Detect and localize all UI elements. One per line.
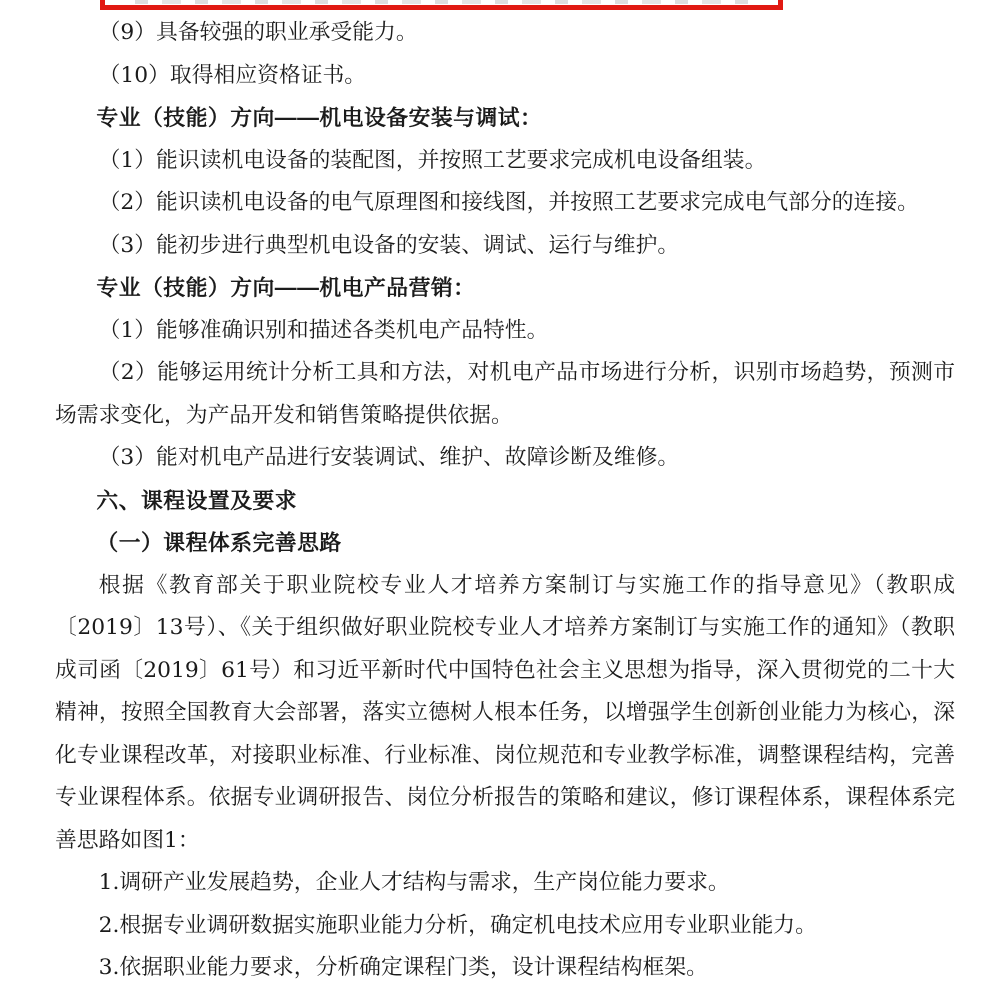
paragraph-install-3: （3）能初步进行典型机电设备的安装、调试、运行与维护。 bbox=[55, 225, 955, 268]
heading-skill-direction-marketing: 专业（技能）方向——机电产品营销： bbox=[55, 267, 955, 310]
heading-subsection-one: （一）课程体系完善思路 bbox=[55, 522, 955, 565]
paragraph-curriculum-basis: 根据《教育部关于职业院校专业人才培养方案制订与实施工作的指导意见》（教职成〔20… bbox=[55, 565, 955, 863]
clipped-text-remnant bbox=[135, 0, 755, 4]
paragraph-install-2: （2）能识读机电设备的电气原理图和接线图，并按照工艺要求完成电气部分的连接。 bbox=[55, 182, 955, 225]
document-page: （9）具备较强的职业承受能力。 （10）取得相应资格证书。 专业（技能）方向——… bbox=[0, 0, 1000, 1000]
paragraph-install-1: （1）能识读机电设备的装配图，并按照工艺要求完成机电设备组装。 bbox=[55, 140, 955, 183]
paragraph-marketing-3: （3）能对机电产品进行安装调试、维护、故障诊断及维修。 bbox=[55, 437, 955, 480]
paragraph-step-3: 3.依据职业能力要求，分析确定课程门类，设计课程结构框架。 bbox=[55, 947, 955, 990]
heading-section-six: 六、课程设置及要求 bbox=[55, 480, 955, 523]
paragraph-step-2: 2.根据专业调研数据实施职业能力分析，确定机电技术应用专业职业能力。 bbox=[55, 905, 955, 948]
paragraph-step-1: 1.调研产业发展趋势，企业人才结构与需求，生产岗位能力要求。 bbox=[55, 862, 955, 905]
heading-skill-direction-install: 专业（技能）方向——机电设备安装与调试： bbox=[55, 97, 955, 140]
text-column: （9）具备较强的职业承受能力。 （10）取得相应资格证书。 专业（技能）方向——… bbox=[55, 12, 955, 990]
paragraph-ability-10: （10）取得相应资格证书。 bbox=[55, 55, 955, 98]
paragraph-ability-9: （9）具备较强的职业承受能力。 bbox=[55, 12, 955, 55]
paragraph-marketing-1: （1）能够准确识别和描述各类机电产品特性。 bbox=[55, 310, 955, 353]
paragraph-marketing-2: （2）能够运用统计分析工具和方法，对机电产品市场进行分析，识别市场趋势，预测市场… bbox=[55, 352, 955, 437]
